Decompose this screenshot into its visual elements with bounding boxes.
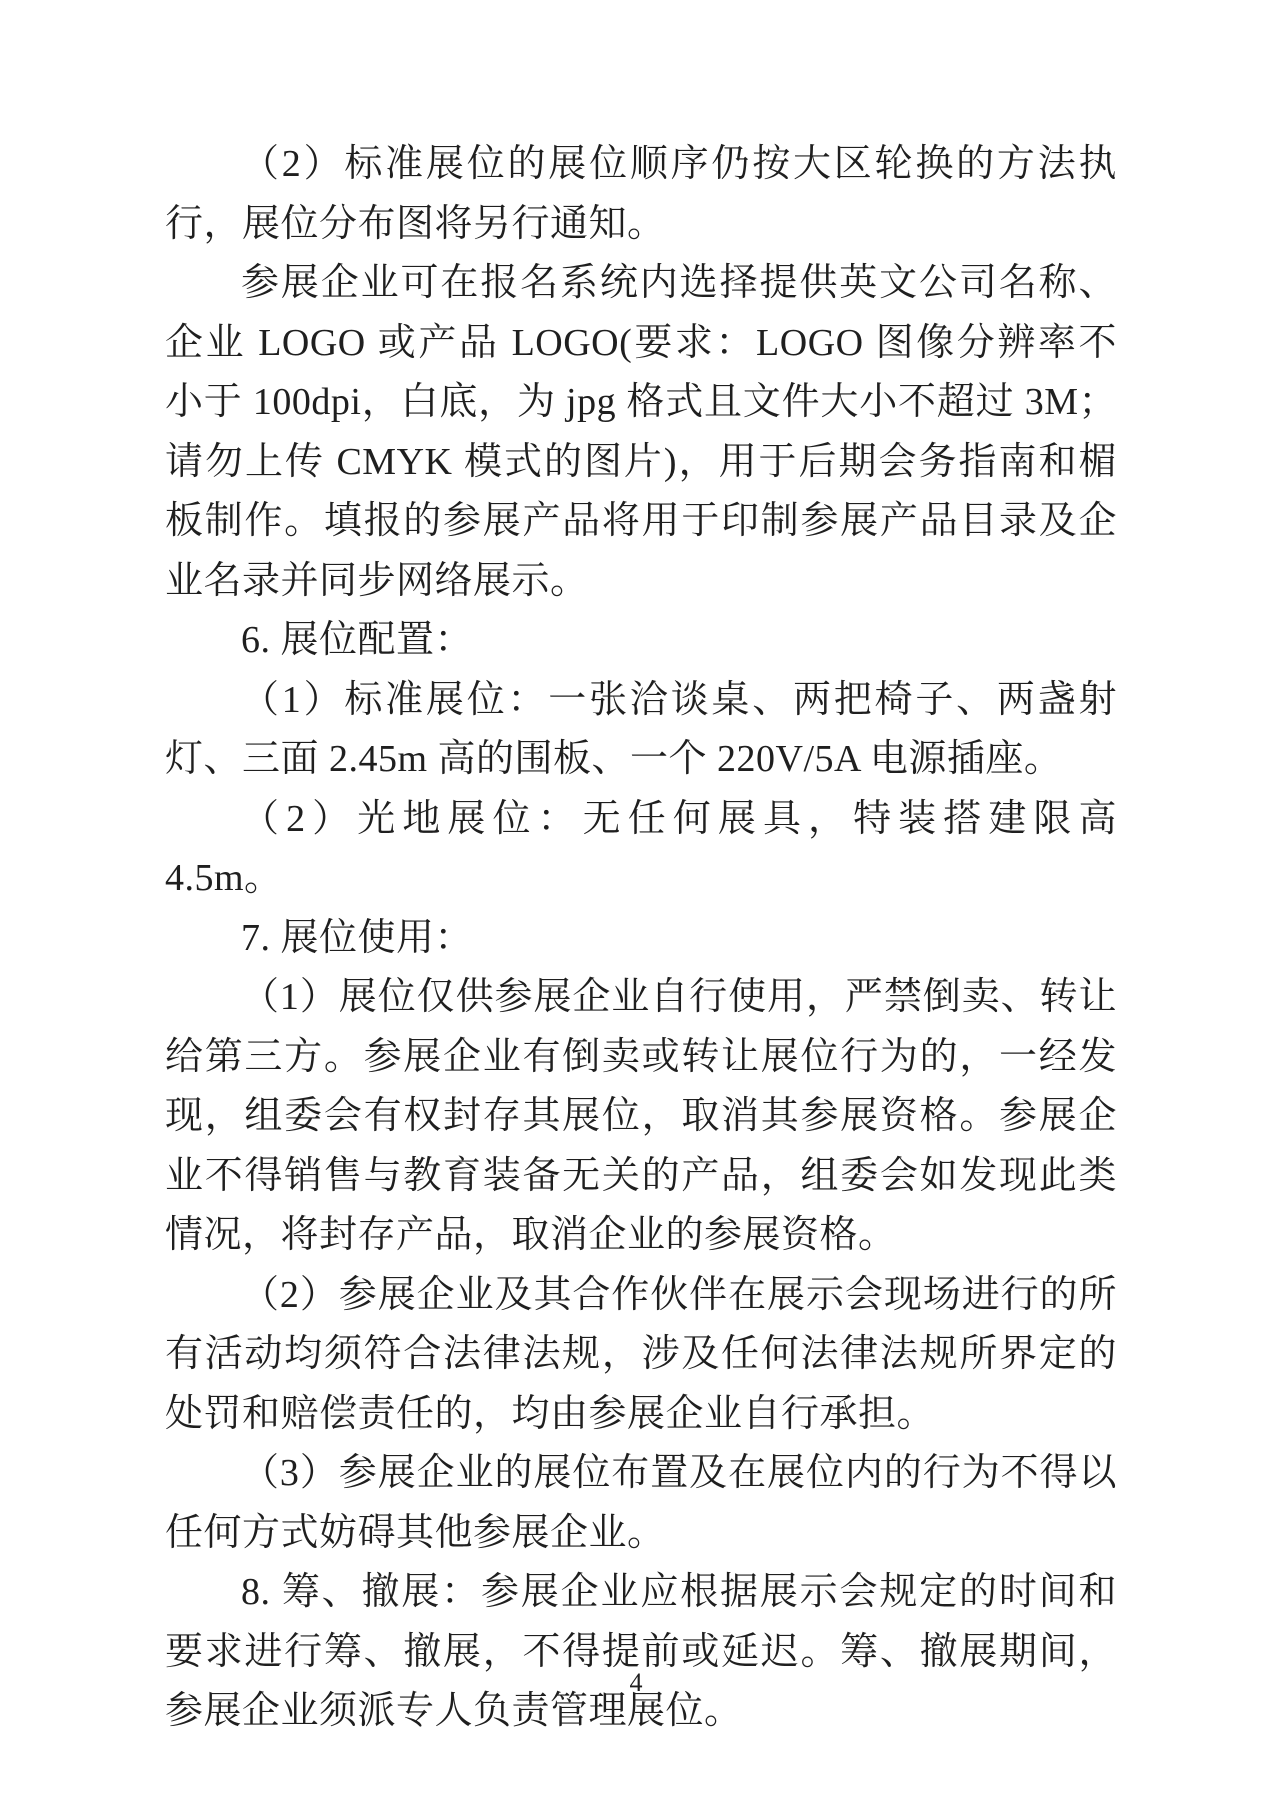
paragraph: 参展企业可在报名系统内选择提供英文公司名称、企业 LOGO 或产品 LOGO(要… [165, 254, 1117, 611]
paragraph: 6. 展位配置： [165, 611, 1117, 671]
paragraph: （2）标准展位的展位顺序仍按大区轮换的方法执行，展位分布图将另行通知。 [165, 135, 1117, 254]
paragraph: （1）展位仅供参展企业自行使用，严禁倒卖、转让给第三方。参展企业有倒卖或转让展位… [165, 968, 1117, 1266]
paragraph: （2）光地展位：无任何展具，特装搭建限高 4.5m。 [165, 790, 1117, 909]
document-page: （2）标准展位的展位顺序仍按大区轮换的方法执行，展位分布图将另行通知。 参展企业… [0, 0, 1280, 1810]
page-number: 4 [0, 1668, 1272, 1698]
paragraph: 8. 筹、撤展：参展企业应根据展示会规定的时间和要求进行筹、撤展，不得提前或延迟… [165, 1563, 1117, 1742]
paragraph: （1）标准展位：一张洽谈桌、两把椅子、两盏射灯、三面 2.45m 高的围板、一个… [165, 671, 1117, 790]
document-body: （2）标准展位的展位顺序仍按大区轮换的方法执行，展位分布图将另行通知。 参展企业… [165, 135, 1117, 1742]
paragraph: （3）参展企业的展位布置及在展位内的行为不得以任何方式妨碍其他参展企业。 [165, 1444, 1117, 1563]
paragraph: 7. 展位使用： [165, 909, 1117, 969]
paragraph: （2）参展企业及其合作伙伴在展示会现场进行的所有活动均须符合法律法规，涉及任何法… [165, 1266, 1117, 1445]
